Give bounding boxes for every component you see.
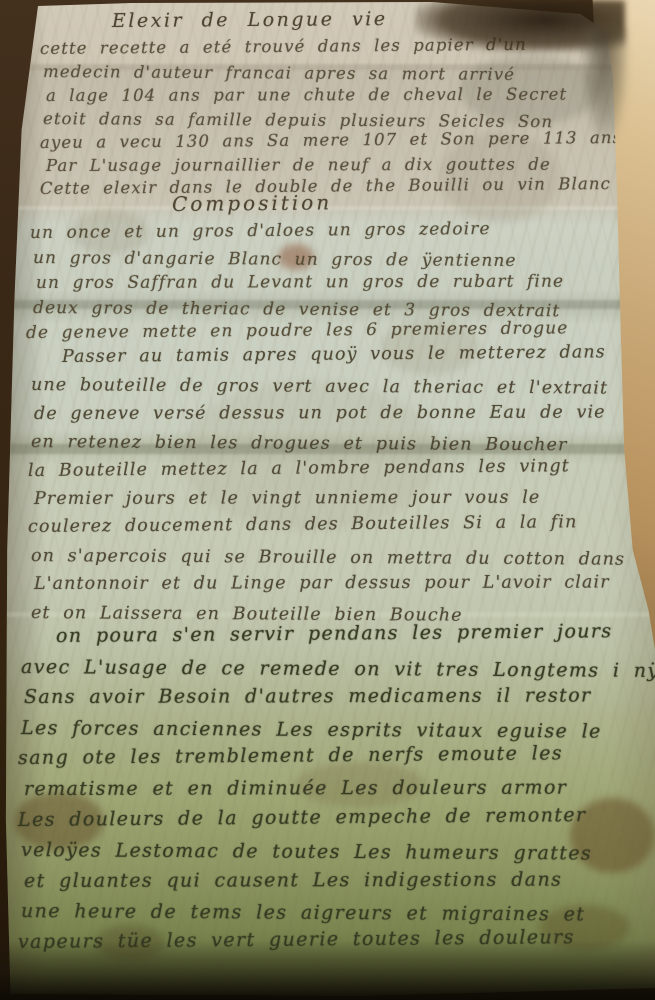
manuscript-paper: Elexir de Longue vie cette recette a eté… [0,0,655,1000]
manuscript-line: et gluantes qui causent Les indigestions… [24,864,655,896]
composition-paragraph: un once et un gros d'aloes un gros zedoi… [30,221,655,346]
composition-heading: Composition [172,190,332,216]
document-title: Elexir de Longue vie [112,8,388,32]
manuscript-line: la Bouteille mettez la a l'ombre pendans… [28,451,655,485]
manuscript-line: Passer au tamis apres quoÿ vous le mette… [62,338,655,372]
intro-paragraph: cette recette a eté trouvé dans les papi… [40,37,655,201]
manuscript-line: a lage 104 ans par une chute de cheval l… [46,82,655,107]
manuscript-line: coulerez doucement dans des Bouteilles S… [28,508,655,542]
edge-shadow-stain [583,28,627,138]
manuscript-line: un gros Saffran du Levant un gros de rub… [36,269,655,296]
manuscript-line: ayeu a vecu 130 ans Sa mere 107 et Son p… [40,125,655,154]
manuscript-photo: Elexir de Longue vie cette recette a eté… [0,0,655,1000]
manuscript-line: L'antonnoir et du Linge par dessus pour … [34,569,655,599]
benefits-paragraph: on poura s'en servir pendans les premier… [18,621,655,958]
manuscript-line: de geneve versé dessus un pot de bonne E… [34,398,655,428]
manuscript-line: un once et un gros d'aloes un gros zedoi… [30,215,655,246]
bottom-edge-shadow [0,940,655,1000]
manuscript-line: Les douleurs de la goutte empeche de rem… [18,799,655,835]
manuscript-line: on poura s'en servir pendans les premier… [56,616,655,652]
manuscript-line: Cette elexir dans le double de the Bouil… [40,172,655,201]
manuscript-line: Sans avoir Besoin d'autres medicamens il… [24,680,655,712]
manuscript-line: sang ote les tremblement de nerfs emoute… [18,738,655,774]
method-paragraph: Passer au tamis apres quoÿ vous le mette… [28,343,655,627]
